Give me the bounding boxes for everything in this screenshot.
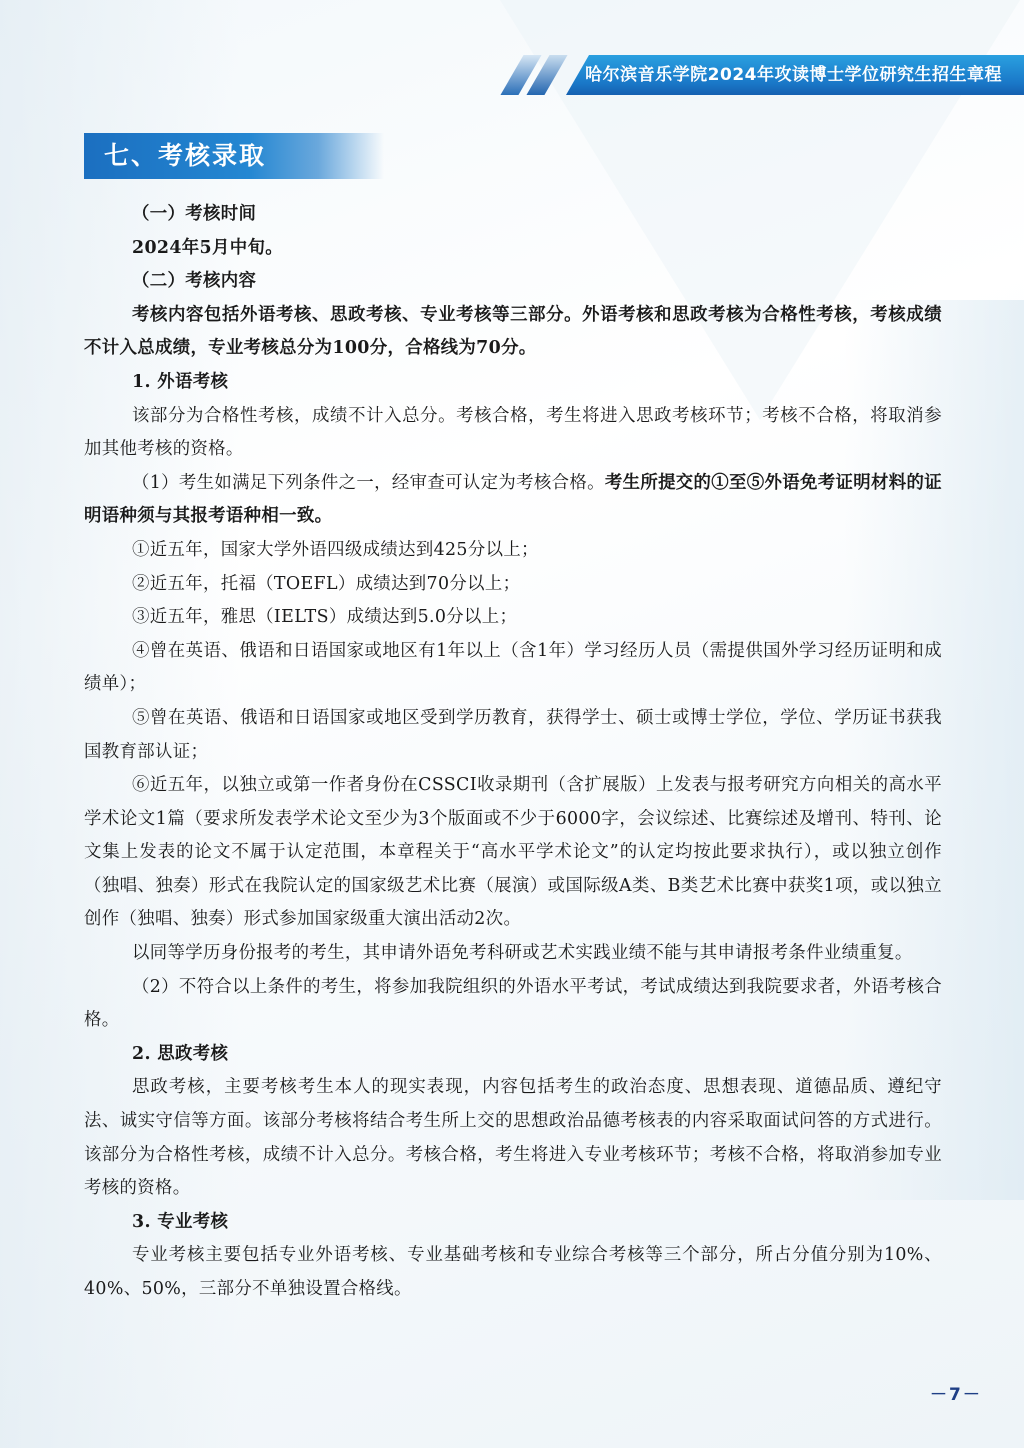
part1-condition1: （1）考生如满足下列条件之一，经审查可认定为考核合格。考生所提交的①至⑤外语免考… xyxy=(84,467,942,534)
part2-text: 思政考核，主要考核考生本人的现实表现，内容包括考生的政治态度、思想表现、道德品质… xyxy=(84,1071,942,1205)
part1-heading: 1. 外语考核 xyxy=(84,366,942,400)
equivalent-degree-note: 以同等学历身份报考的考生，其申请外语免考科研或艺术实践业绩不能与其申请报考条件业… xyxy=(84,937,942,971)
subsection-heading-content: （二）考核内容 xyxy=(84,265,942,299)
part3-text: 专业考核主要包括专业外语考核、专业基础考核和专业综合考核等三个部分，所占分值分别… xyxy=(84,1239,942,1306)
subsection-heading-time: （一）考核时间 xyxy=(84,198,942,232)
exam-time-text: 2024年5月中旬。 xyxy=(84,232,942,266)
exemption-item: ⑤曾在英语、俄语和日语国家或地区受到学历教育，获得学士、硕士或博士学位，学位、学… xyxy=(84,702,942,769)
header-bar: 哈尔滨音乐学院2024年攻读博士学位研究生招生章程 xyxy=(566,55,1024,95)
exemption-item: ①近五年，国家大学外语四级成绩达到425分以上； xyxy=(84,534,942,568)
part1-intro: 该部分为合格性考核，成绩不计入总分。考核合格，考生将进入思政考核环节；考核不合格… xyxy=(84,400,942,467)
exemption-item: ③近五年，雅思（IELTS）成绩达到5.0分以上； xyxy=(84,601,942,635)
exemption-item: ④曾在英语、俄语和日语国家或地区有1年以上（含1年）学习经历人员（需提供国外学习… xyxy=(84,635,942,702)
part1-condition2: （2）不符合以上条件的考生，将参加我院组织的外语水平考试，考试成绩达到我院要求者… xyxy=(84,971,942,1038)
exemption-item: ②近五年，托福（TOEFL）成绩达到70分以上； xyxy=(84,568,942,602)
document-body: （一）考核时间 2024年5月中旬。 （二）考核内容 考核内容包括外语考核、思政… xyxy=(84,198,942,1307)
part2-heading: 2. 思政考核 xyxy=(84,1038,942,1072)
condition1-lead: （1）考生如满足下列条件之一，经审查可认定为考核合格。 xyxy=(132,473,605,493)
document-title: 哈尔滨音乐学院2024年攻读博士学位研究生招生章程 xyxy=(585,55,1002,95)
section-heading-banner: 七、考核录取 xyxy=(84,133,384,179)
section-title: 七、考核录取 xyxy=(104,133,266,179)
part3-heading: 3. 专业考核 xyxy=(84,1206,942,1240)
page-number: －7－ xyxy=(930,1380,982,1405)
header-banner: 哈尔滨音乐学院2024年攻读博士学位研究生招生章程 xyxy=(500,55,1024,95)
exam-content-summary: 考核内容包括外语考核、思政考核、专业考核等三部分。外语考核和思政考核为合格性考核… xyxy=(84,299,942,366)
exemption-item: ⑥近五年，以独立或第一作者身份在CSSCI收录期刊（含扩展版）上发表与报考研究方… xyxy=(84,769,942,937)
